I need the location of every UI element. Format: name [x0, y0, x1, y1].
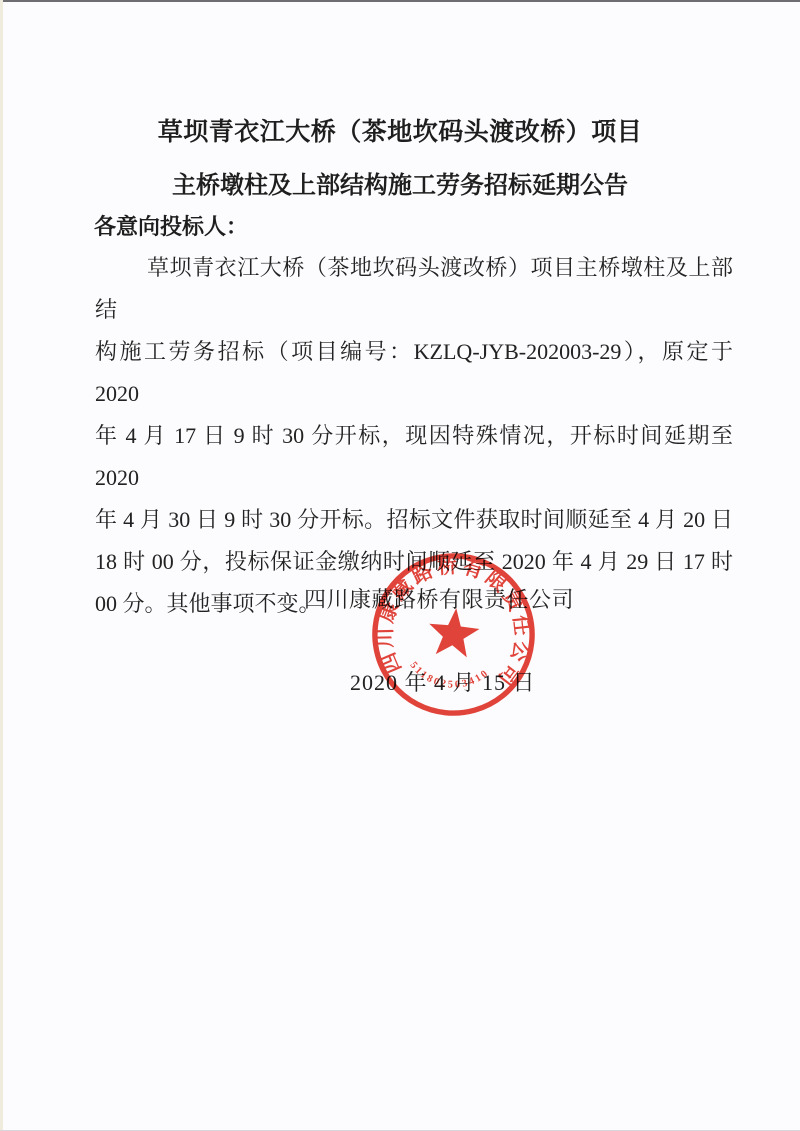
salutation: 各意向投标人：	[94, 210, 248, 241]
body-paragraph: 草坝青衣江大桥（茶地坎码头渡改桥）项目主桥墩柱及上部结 构施工劳务招标（项目编号…	[95, 247, 733, 625]
signature-company: 四川康藏路桥有限责任公司	[304, 583, 574, 614]
document-title-line2: 主桥墩柱及上部结构施工劳务招标延期公告	[0, 165, 800, 200]
signature-date: 2020 年 4 月 15 日	[350, 666, 536, 697]
body-line: 年 4 月 17 日 9 时 30 分开标，现因特殊情况，开标时间延期至 202…	[95, 415, 733, 499]
document-title-line1: 草坝青衣江大桥（茶地坎码头渡改桥）项目	[0, 112, 800, 148]
document-page: 草坝青衣江大桥（茶地坎码头渡改桥）项目 主桥墩柱及上部结构施工劳务招标延期公告 …	[0, 0, 800, 1131]
scan-edge-top	[0, 0, 800, 2]
body-line: 年 4 月 30 日 9 时 30 分开标。招标文件获取时间顺延至 4 月 20…	[95, 499, 733, 541]
body-line: 18 时 00 分，投标保证金缴纳时间顺延至 2020 年 4 月 29 日 1…	[95, 541, 733, 583]
body-line: 构施工劳务招标（项目编号：KZLQ-JYB-202003-29），原定于 202…	[95, 331, 733, 415]
body-line: 草坝青衣江大桥（茶地坎码头渡改桥）项目主桥墩柱及上部结	[95, 247, 733, 331]
